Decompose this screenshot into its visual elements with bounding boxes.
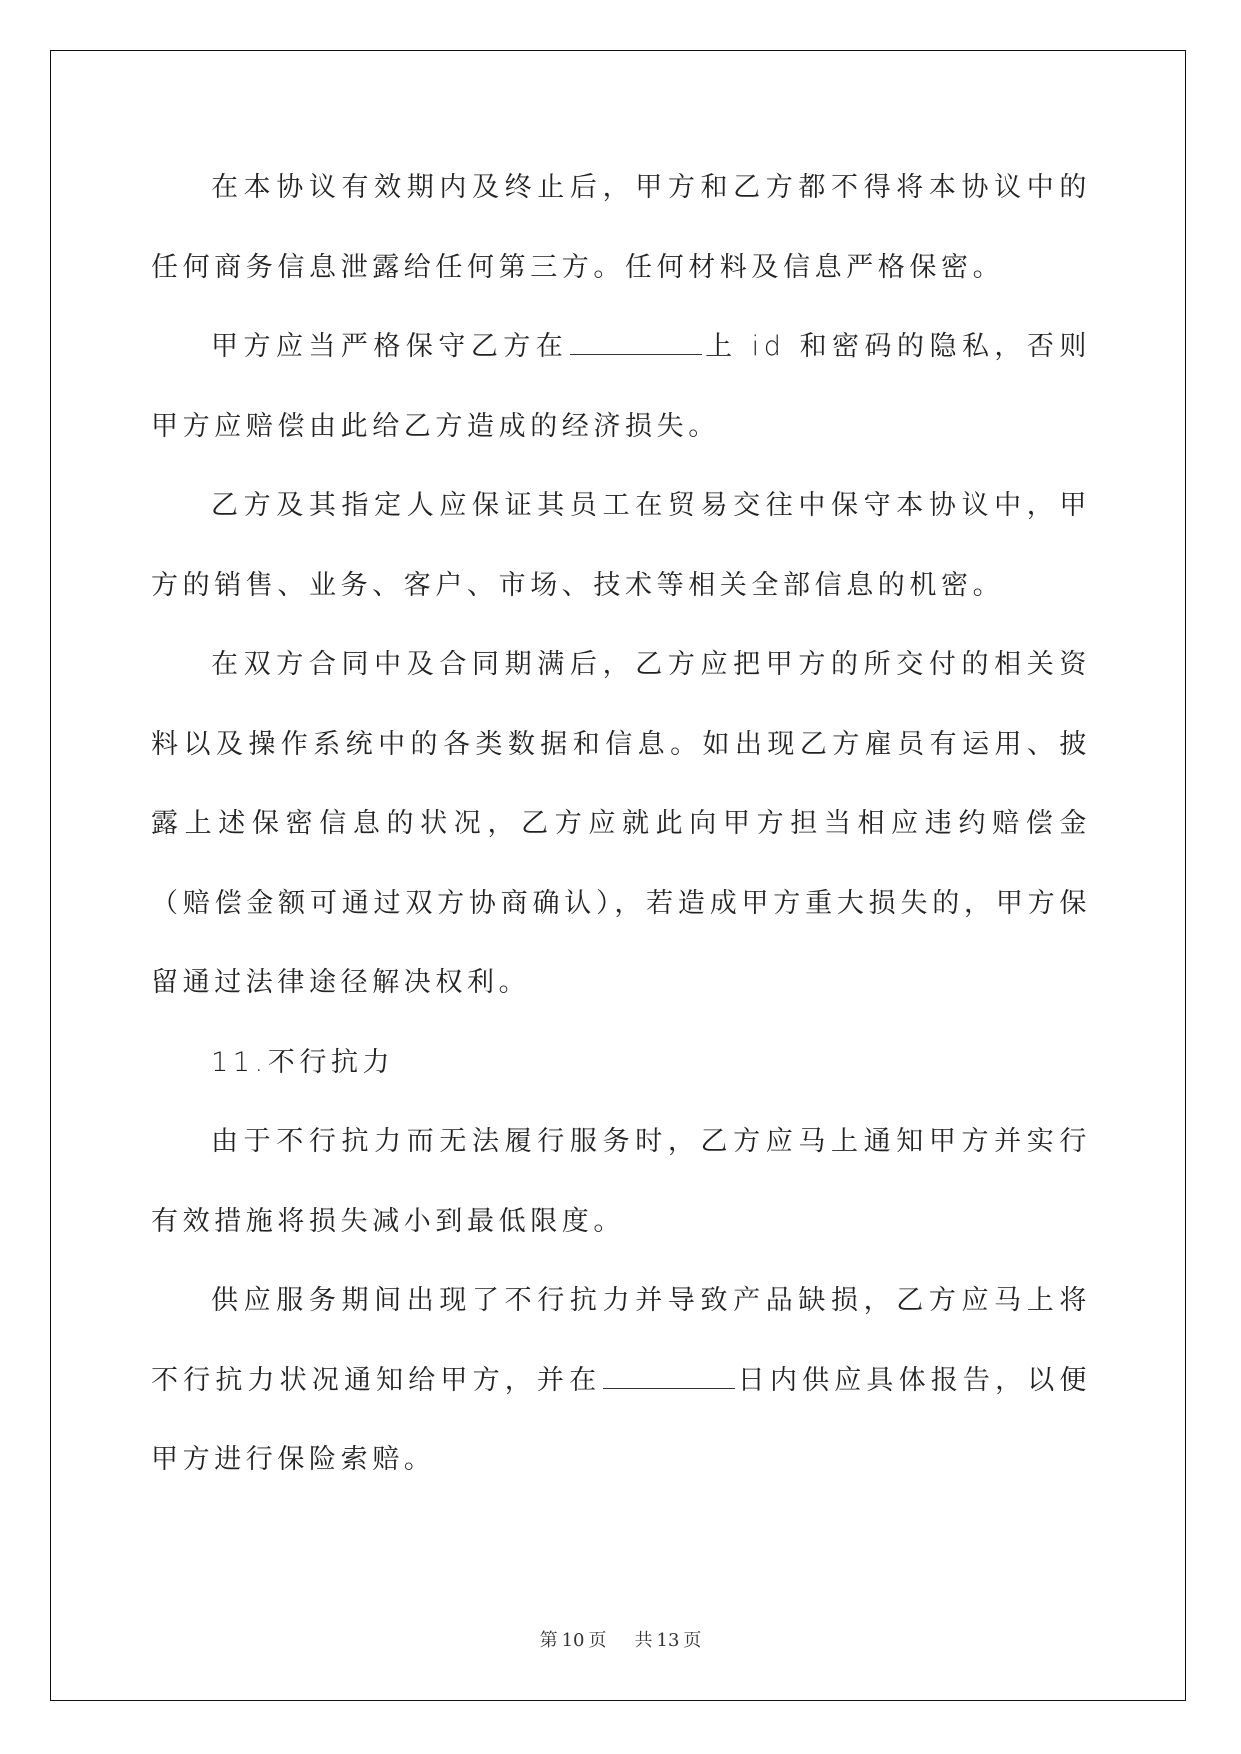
paragraph-confidentiality: 在本协议有效期内及终止后，甲方和乙方都不得将本协议中的任何商务信息泄露给任何第三… (151, 148, 1091, 307)
fill-in-blank (570, 332, 702, 355)
total-pages-number: 13 (657, 1630, 680, 1651)
paragraph-data-return: 在双方合同中及合同期满后，乙方应把甲方的所交付的相关资料以及操作系统中的各类数据… (151, 625, 1091, 1023)
total-label-prefix: 共 (635, 1630, 653, 1651)
page-label-prefix: 第 (540, 1630, 558, 1651)
paragraph-force-majeure-notice: 由于不行抗力而无法履行服务时，乙方应马上通知甲方并实行有效措施将损失减小到最低限… (151, 1102, 1091, 1261)
fill-in-blank (603, 1366, 735, 1389)
section-heading-force-majeure: 11.不行抗力 (151, 1023, 1091, 1103)
page-footer: 第10页共13页 (0, 1626, 1241, 1652)
document-body: 在本协议有效期内及终止后，甲方和乙方都不得将本协议中的任何商务信息泄露给任何第三… (151, 148, 1091, 1500)
current-page-number: 10 (562, 1630, 585, 1651)
paragraph-text: 甲方应当严格保守乙方在 (211, 331, 568, 362)
paragraph-force-majeure-report: 供应服务期间出现了不行抗力并导致产品缺损，乙方应马上将不行抗力状况通知给甲方，并… (151, 1261, 1091, 1500)
total-label-suffix: 页 (683, 1630, 701, 1651)
paragraph-id-privacy: 甲方应当严格保守乙方在上 id 和密码的隐私，否则甲方应赔偿由此给乙方造成的经济… (151, 307, 1091, 466)
page-label-suffix: 页 (589, 1630, 607, 1651)
paragraph-employee-secrecy: 乙方及其指定人应保证其员工在贸易交往中保守本协议中，甲方的销售、业务、客户、市场… (151, 466, 1091, 625)
